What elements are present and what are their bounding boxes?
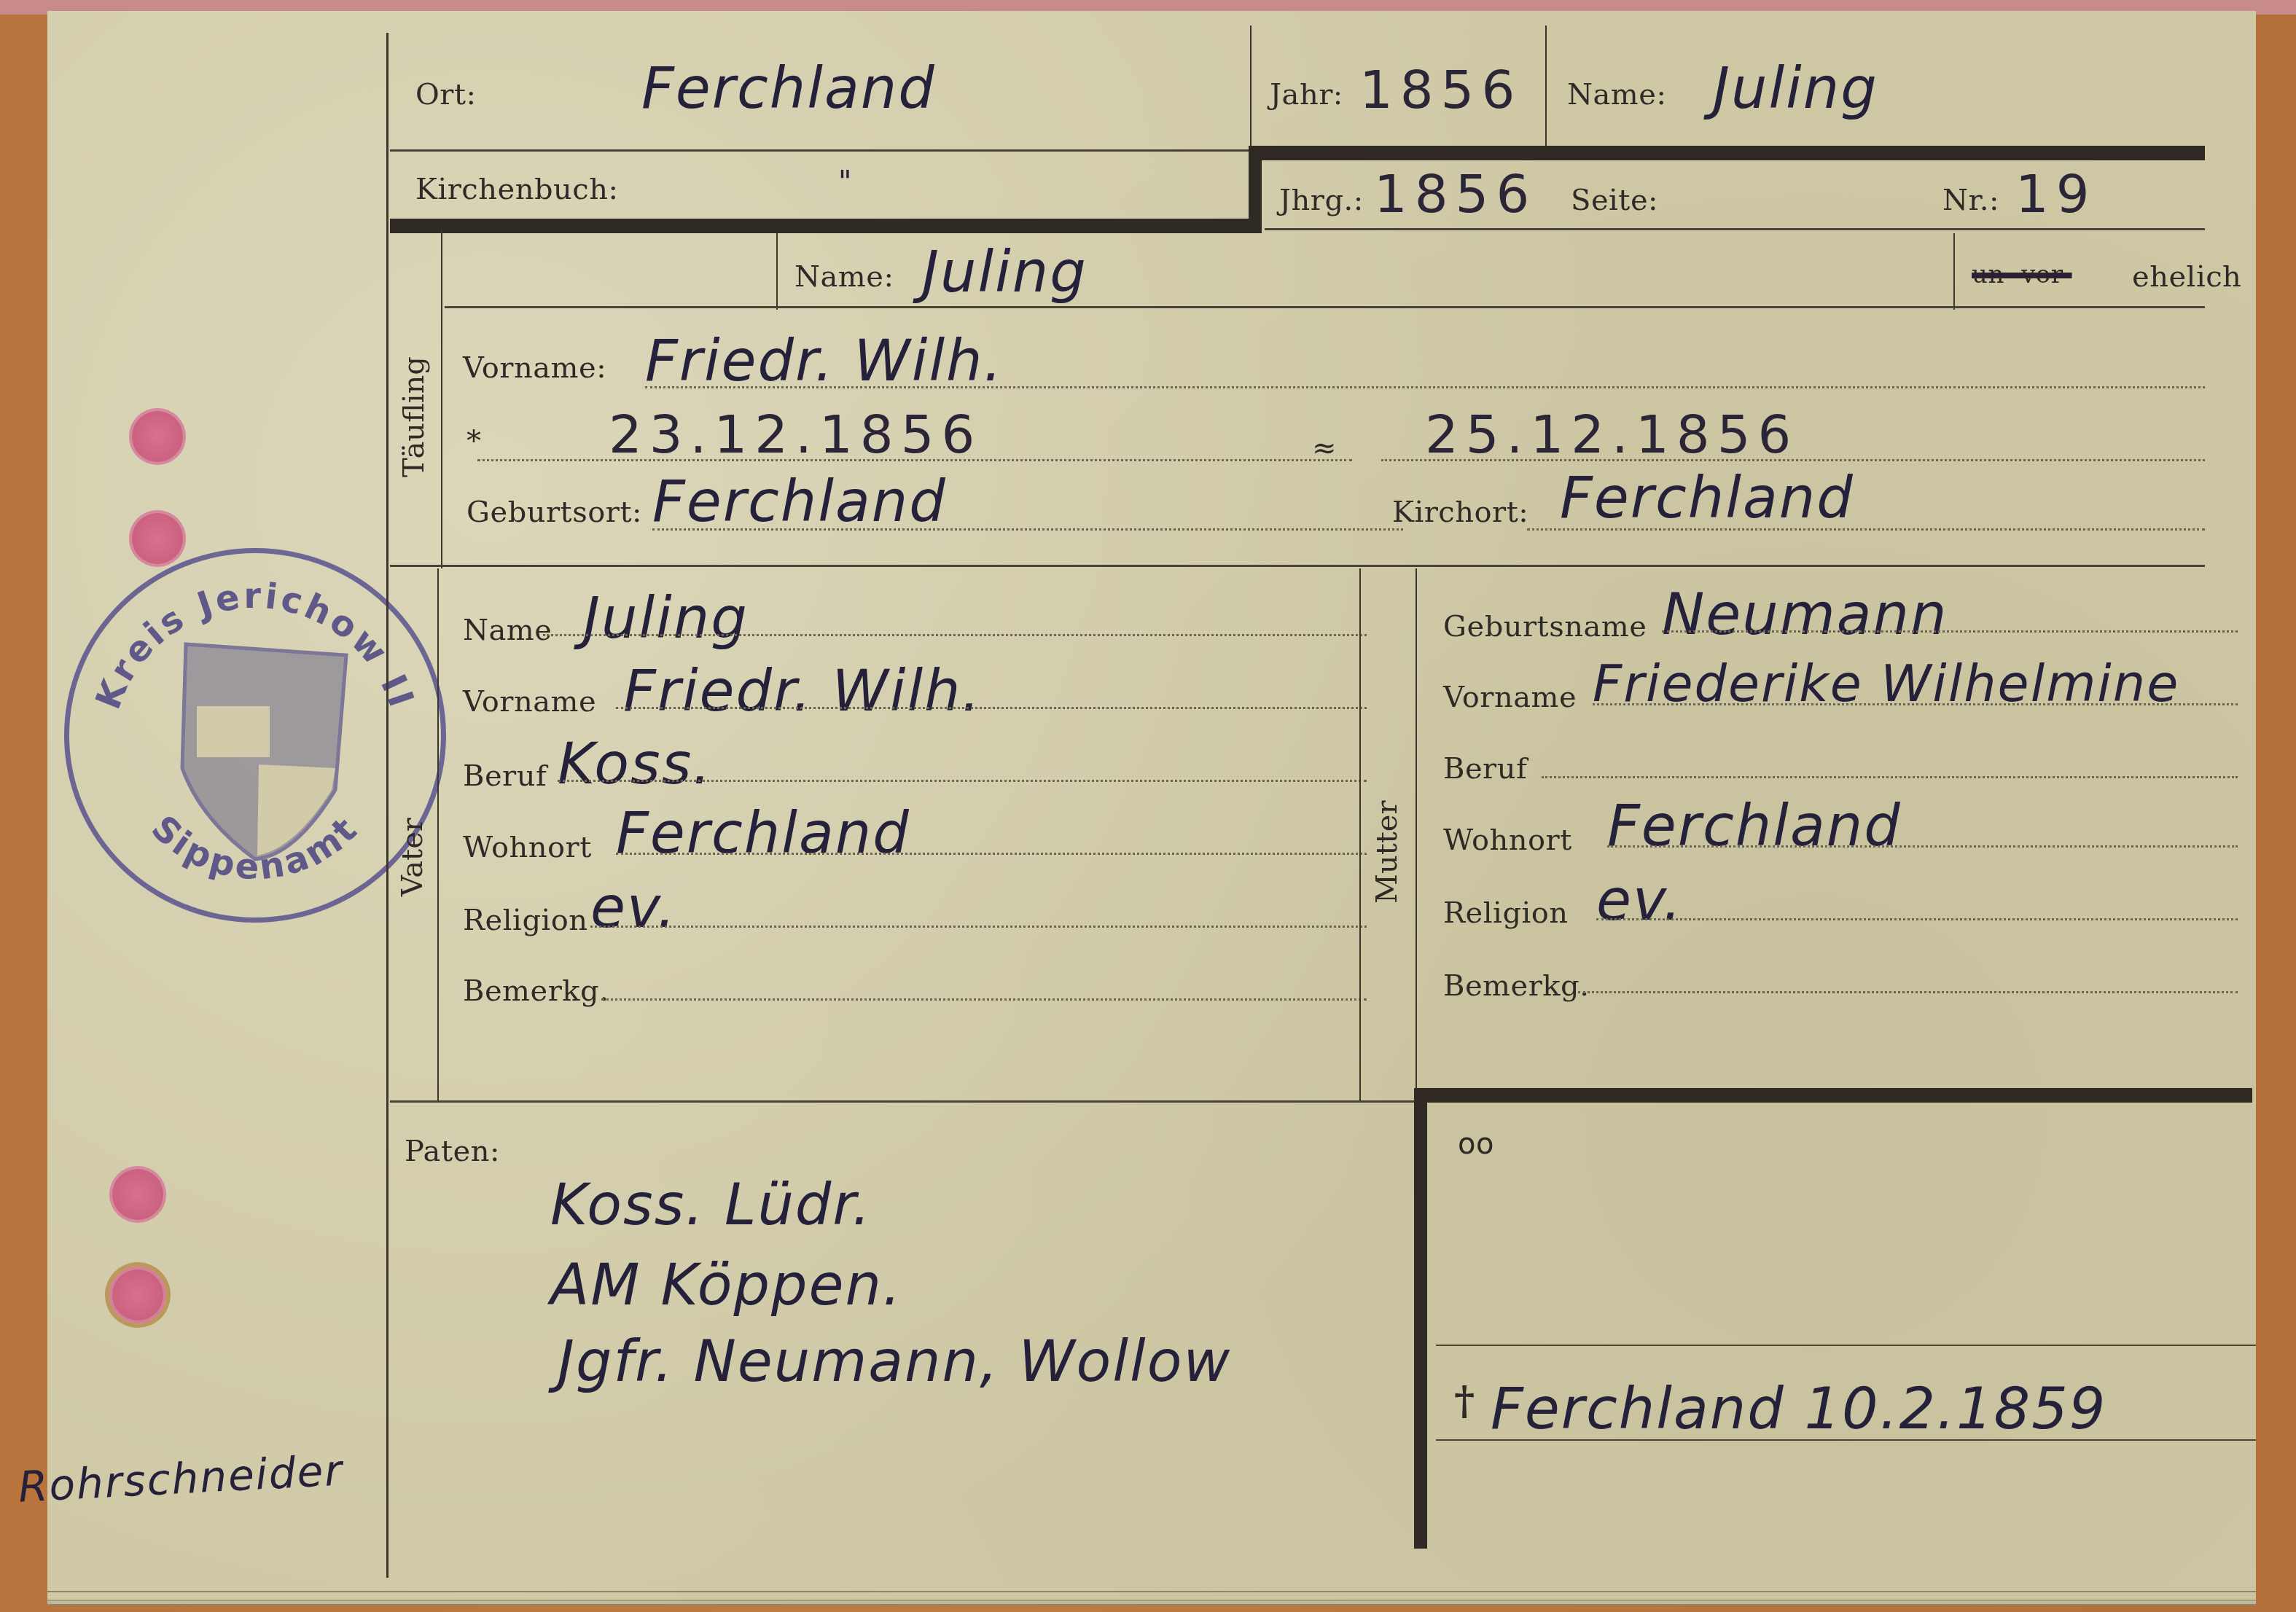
legitimacy-struck: un- vor- xyxy=(1972,262,2072,287)
mutter-section-label: Mutter xyxy=(1370,800,1404,904)
vater-vorname-value[interactable]: Friedr. Wilh. xyxy=(623,663,981,720)
kirchenbuch-label: Kirchenbuch: xyxy=(415,175,618,204)
vater-wohnort-label: Wohnort xyxy=(463,833,592,862)
mutter-religion-value[interactable]: ev. xyxy=(1596,872,1683,929)
divider xyxy=(1416,568,1417,1100)
rule xyxy=(1436,1345,2256,1346)
thick-rule xyxy=(390,219,1261,233)
vater-beruf-label: Beruf xyxy=(463,762,547,791)
official-stamp: Kreis Jerichow II Sippenamt xyxy=(64,548,446,923)
mutter-geburtsname-value[interactable]: Neumann xyxy=(1662,587,1948,643)
birth-date[interactable]: 23.12.1856 xyxy=(609,408,982,461)
divider xyxy=(1545,26,1547,157)
field-line xyxy=(601,998,1367,1001)
divider xyxy=(1359,568,1361,1100)
rule xyxy=(1265,228,2205,230)
mutter-religion-label: Religion xyxy=(1443,899,1569,928)
divider xyxy=(1953,233,1955,310)
frame-left-line xyxy=(386,33,388,1578)
rule xyxy=(1436,1439,2256,1441)
section-rule xyxy=(390,565,2205,567)
vater-beruf-value[interactable]: Koss. xyxy=(558,736,712,793)
baptism-symbol: ≈ xyxy=(1312,434,1337,463)
legitimacy-label: ehelich xyxy=(2132,262,2241,292)
seite-label: Seite: xyxy=(1571,186,1658,215)
punch-hole xyxy=(109,1267,166,1323)
field-line xyxy=(1381,459,2205,461)
paten-entry[interactable]: AM Köppen. xyxy=(550,1257,902,1314)
rule xyxy=(445,306,2205,308)
taufling-vorname-value[interactable]: Friedr. Wilh. xyxy=(645,333,1003,390)
marriage-symbol: oo xyxy=(1458,1130,1494,1159)
thick-divider xyxy=(1414,1093,1427,1549)
mutter-wohnort-label: Wohnort xyxy=(1443,826,1572,855)
section-divider xyxy=(441,230,442,568)
divider xyxy=(776,233,778,310)
rule xyxy=(390,149,1257,152)
field-line xyxy=(558,780,1367,782)
field-line xyxy=(1607,845,2238,848)
birth-symbol: * xyxy=(466,426,482,455)
paten-entry[interactable]: Koss. Lüdr. xyxy=(550,1177,872,1234)
field-line xyxy=(1596,918,2238,920)
taufling-section-label: Täufling xyxy=(397,356,431,477)
field-line xyxy=(1662,630,2238,633)
vater-bemerkg-label: Bemerkg. xyxy=(463,977,609,1006)
field-line xyxy=(1542,776,2238,778)
field-line xyxy=(477,459,1352,461)
taufling-name-value[interactable]: Juling xyxy=(922,244,1088,301)
field-line xyxy=(1593,703,2238,705)
field-line xyxy=(616,853,1367,855)
paten-entry[interactable]: Jgfr. Neumann, Wollow xyxy=(558,1334,1231,1390)
section-rule xyxy=(390,1100,1425,1103)
field-line xyxy=(616,707,1367,709)
vater-name-value[interactable]: Juling xyxy=(583,590,749,647)
divider xyxy=(1250,26,1252,157)
nr-value[interactable]: 19 xyxy=(2015,168,2097,220)
ort-value[interactable]: Ferchland xyxy=(641,60,936,117)
field-line xyxy=(543,634,1367,636)
vater-name-label: Name xyxy=(463,616,552,645)
vater-vorname-label: Vorname xyxy=(463,687,596,716)
death-symbol: † xyxy=(1454,1381,1475,1420)
mutter-vorname-label: Vorname xyxy=(1443,683,1577,712)
kirchenbuch-value[interactable]: " xyxy=(838,168,853,197)
field-line xyxy=(1527,528,2205,531)
field-line xyxy=(1578,991,2238,993)
vater-section-label: Vater xyxy=(396,818,429,896)
punch-hole xyxy=(129,408,186,465)
baptism-date[interactable]: 25.12.1856 xyxy=(1425,408,1798,461)
thick-rule xyxy=(1414,1088,2252,1103)
kirchort-label: Kirchort: xyxy=(1392,498,1528,527)
vater-religion-label: Religion xyxy=(463,906,588,935)
stamp-seal-icon: Kreis Jerichow II Sippenamt xyxy=(69,553,441,917)
punch-hole xyxy=(109,1166,166,1223)
name-label: Name: xyxy=(1567,80,1666,109)
name-value[interactable]: Juling xyxy=(1713,60,1878,117)
jhrg-label: Jhrg.: xyxy=(1279,186,1364,215)
geburtsort-value[interactable]: Ferchland xyxy=(652,474,947,531)
mutter-beruf-label: Beruf xyxy=(1443,754,1527,783)
taufling-vorname-label: Vorname: xyxy=(463,353,606,383)
record-card: Kreis Jerichow II Sippenamt Rohrschneide… xyxy=(47,11,2256,1600)
field-line xyxy=(652,528,1403,531)
jhrg-value[interactable]: 1856 xyxy=(1374,168,1536,220)
ort-label: Ort: xyxy=(415,80,476,109)
nr-label: Nr.: xyxy=(1942,186,1999,215)
signature: Rohrschneider xyxy=(17,1449,345,1508)
jahr-value[interactable]: 1856 xyxy=(1359,63,1522,116)
thick-step xyxy=(1249,146,1262,233)
mutter-geburtsname-label: Geburtsname xyxy=(1443,612,1647,641)
vater-religion-value[interactable]: ev. xyxy=(590,880,677,936)
geburtsort-label: Geburtsort: xyxy=(466,498,642,527)
jahr-label: Jahr: xyxy=(1270,80,1343,109)
thick-rule xyxy=(1250,146,2205,160)
paten-label: Paten: xyxy=(405,1137,500,1166)
section-divider xyxy=(437,568,439,1100)
card-bottom-edge xyxy=(47,1591,2256,1592)
death-value[interactable]: Ferchland 10.2.1859 xyxy=(1491,1381,2106,1438)
taufling-name-label: Name: xyxy=(794,262,894,292)
field-line xyxy=(590,926,1367,928)
kirchort-value[interactable]: Ferchland xyxy=(1560,470,1854,527)
mutter-bemerkg-label: Bemerkg. xyxy=(1443,971,1589,1001)
mutter-vorname-value[interactable]: Friederike Wilhelmine xyxy=(1593,658,2179,709)
field-line xyxy=(645,386,2205,388)
